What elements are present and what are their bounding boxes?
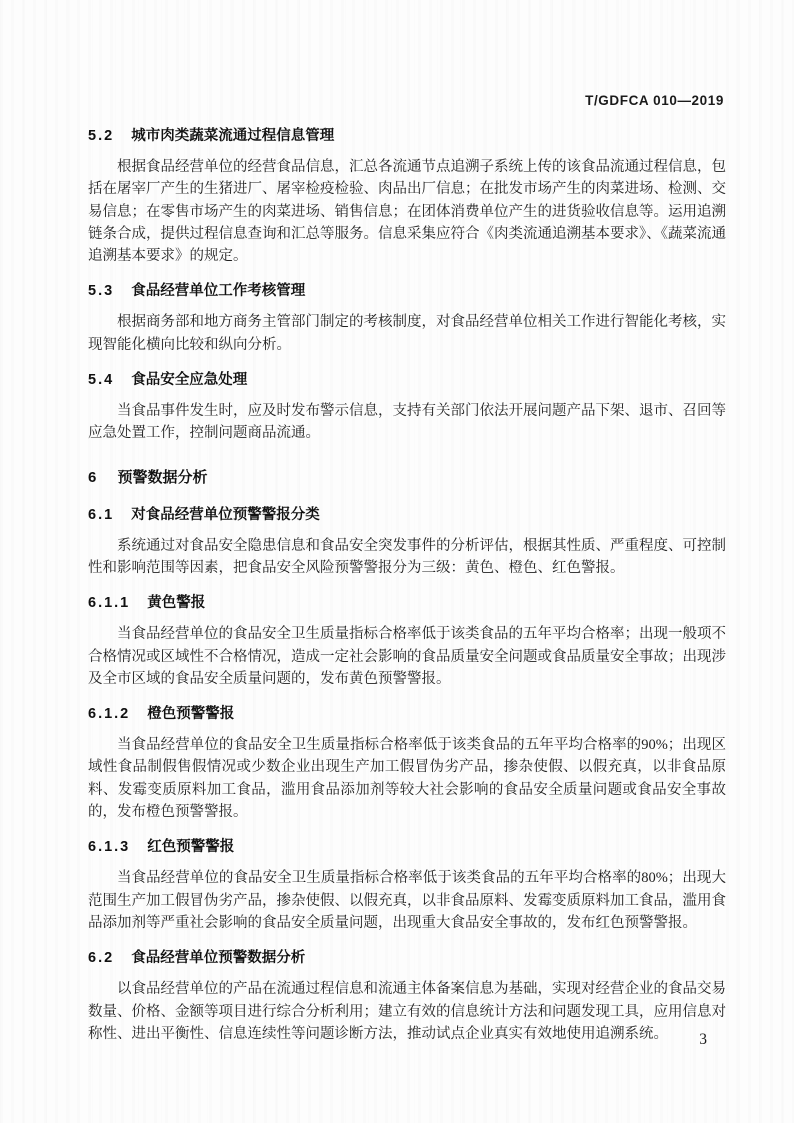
- section-5-4: 5.4 食品安全应急处理 当食品事件发生时，应及时发布警示信息，支持有关部门依法…: [88, 371, 726, 445]
- section-paragraph: 以食品经营单位的产品在流通过程信息和流通主体备案信息为基础，实现对经营企业的食品…: [88, 978, 726, 1045]
- section-heading: 5.2 城市肉类蔬菜流通过程信息管理: [88, 127, 726, 145]
- section-heading: 6.1.3 红色预警警报: [88, 838, 726, 856]
- section-number: 6.1.2: [88, 705, 130, 723]
- chapter-6: 6 预警数据分析: [88, 468, 726, 487]
- section-heading: 6.1.2 橙色预警警报: [88, 705, 726, 723]
- standard-code-header: T/GDFCA 010—2019: [585, 93, 724, 108]
- section-number: 6.1.3: [88, 838, 130, 856]
- section-heading: 6.2 食品经营单位预警数据分析: [88, 949, 726, 967]
- section-heading: 6.1 对食品经营单位预警警报分类: [88, 506, 726, 524]
- section-title: 黄色警报: [147, 595, 205, 611]
- section-paragraph: 当食品事件发生时，应及时发布警示信息，支持有关部门依法开展问题产品下架、退市、召…: [88, 400, 726, 445]
- section-paragraph: 根据食品经营单位的经营食品信息，汇总各流通节点追溯子系统上传的该食品流通过程信息…: [88, 156, 726, 267]
- section-paragraph: 当食品经营单位的食品安全卫生质量指标合格率低于该类食品的五年平均合格率的90%；…: [88, 734, 726, 823]
- page-number: 3: [699, 1031, 707, 1049]
- section-5-2: 5.2 城市肉类蔬菜流通过程信息管理 根据食品经营单位的经营食品信息，汇总各流通…: [88, 127, 726, 267]
- section-title: 城市肉类蔬菜流通过程信息管理: [131, 128, 334, 144]
- section-5-3: 5.3 食品经营单位工作考核管理 根据商务部和地方商务主管部门制定的考核制度，对…: [88, 282, 726, 356]
- chapter-title: 预警数据分析: [118, 469, 208, 486]
- section-number: 5.4: [88, 371, 114, 389]
- section-paragraph: 根据商务部和地方商务主管部门制定的考核制度，对食品经营单位相关工作进行智能化考核…: [88, 311, 726, 356]
- section-heading: 5.3 食品经营单位工作考核管理: [88, 282, 726, 300]
- section-heading: 5.4 食品安全应急处理: [88, 371, 726, 389]
- section-paragraph: 当食品经营单位的食品安全卫生质量指标合格率低于该类食品的五年平均合格率的80%；…: [88, 867, 726, 934]
- chapter-heading: 6 预警数据分析: [88, 468, 726, 487]
- document-page: T/GDFCA 010—2019 5.2 城市肉类蔬菜流通过程信息管理 根据食品…: [0, 0, 794, 1123]
- section-6-1-1: 6.1.1 黄色警报 当食品经营单位的食品安全卫生质量指标合格率低于该类食品的五…: [88, 594, 726, 690]
- section-6-1-3: 6.1.3 红色预警警报 当食品经营单位的食品安全卫生质量指标合格率低于该类食品…: [88, 838, 726, 934]
- section-title: 食品经营单位预警数据分析: [131, 950, 305, 966]
- section-number: 6.1.1: [88, 594, 130, 612]
- section-paragraph: 当食品经营单位的食品安全卫生质量指标合格率低于该类食品的五年平均合格率；出现一般…: [88, 623, 726, 690]
- section-6-1: 6.1 对食品经营单位预警警报分类 系统通过对食品安全隐患信息和食品安全突发事件…: [88, 506, 726, 580]
- document-content: 5.2 城市肉类蔬菜流通过程信息管理 根据食品经营单位的经营食品信息，汇总各流通…: [88, 120, 726, 1060]
- section-paragraph: 系统通过对食品安全隐患信息和食品安全突发事件的分析评估，根据其性质、严重程度、可…: [88, 535, 726, 580]
- section-title: 红色预警警报: [147, 839, 234, 855]
- section-title: 橙色预警警报: [147, 706, 234, 722]
- section-number: 5.2: [88, 127, 114, 145]
- section-title: 食品经营单位工作考核管理: [131, 283, 305, 299]
- section-heading: 6.1.1 黄色警报: [88, 594, 726, 612]
- section-6-2: 6.2 食品经营单位预警数据分析 以食品经营单位的产品在流通过程信息和流通主体备…: [88, 949, 726, 1045]
- section-number: 6.2: [88, 949, 114, 967]
- section-6-1-2: 6.1.2 橙色预警警报 当食品经营单位的食品安全卫生质量指标合格率低于该类食品…: [88, 705, 726, 823]
- section-number: 6.1: [88, 506, 114, 524]
- section-number: 5.3: [88, 282, 114, 300]
- section-title: 食品安全应急处理: [131, 372, 247, 388]
- chapter-number: 6: [88, 468, 98, 487]
- section-title: 对食品经营单位预警警报分类: [131, 507, 320, 523]
